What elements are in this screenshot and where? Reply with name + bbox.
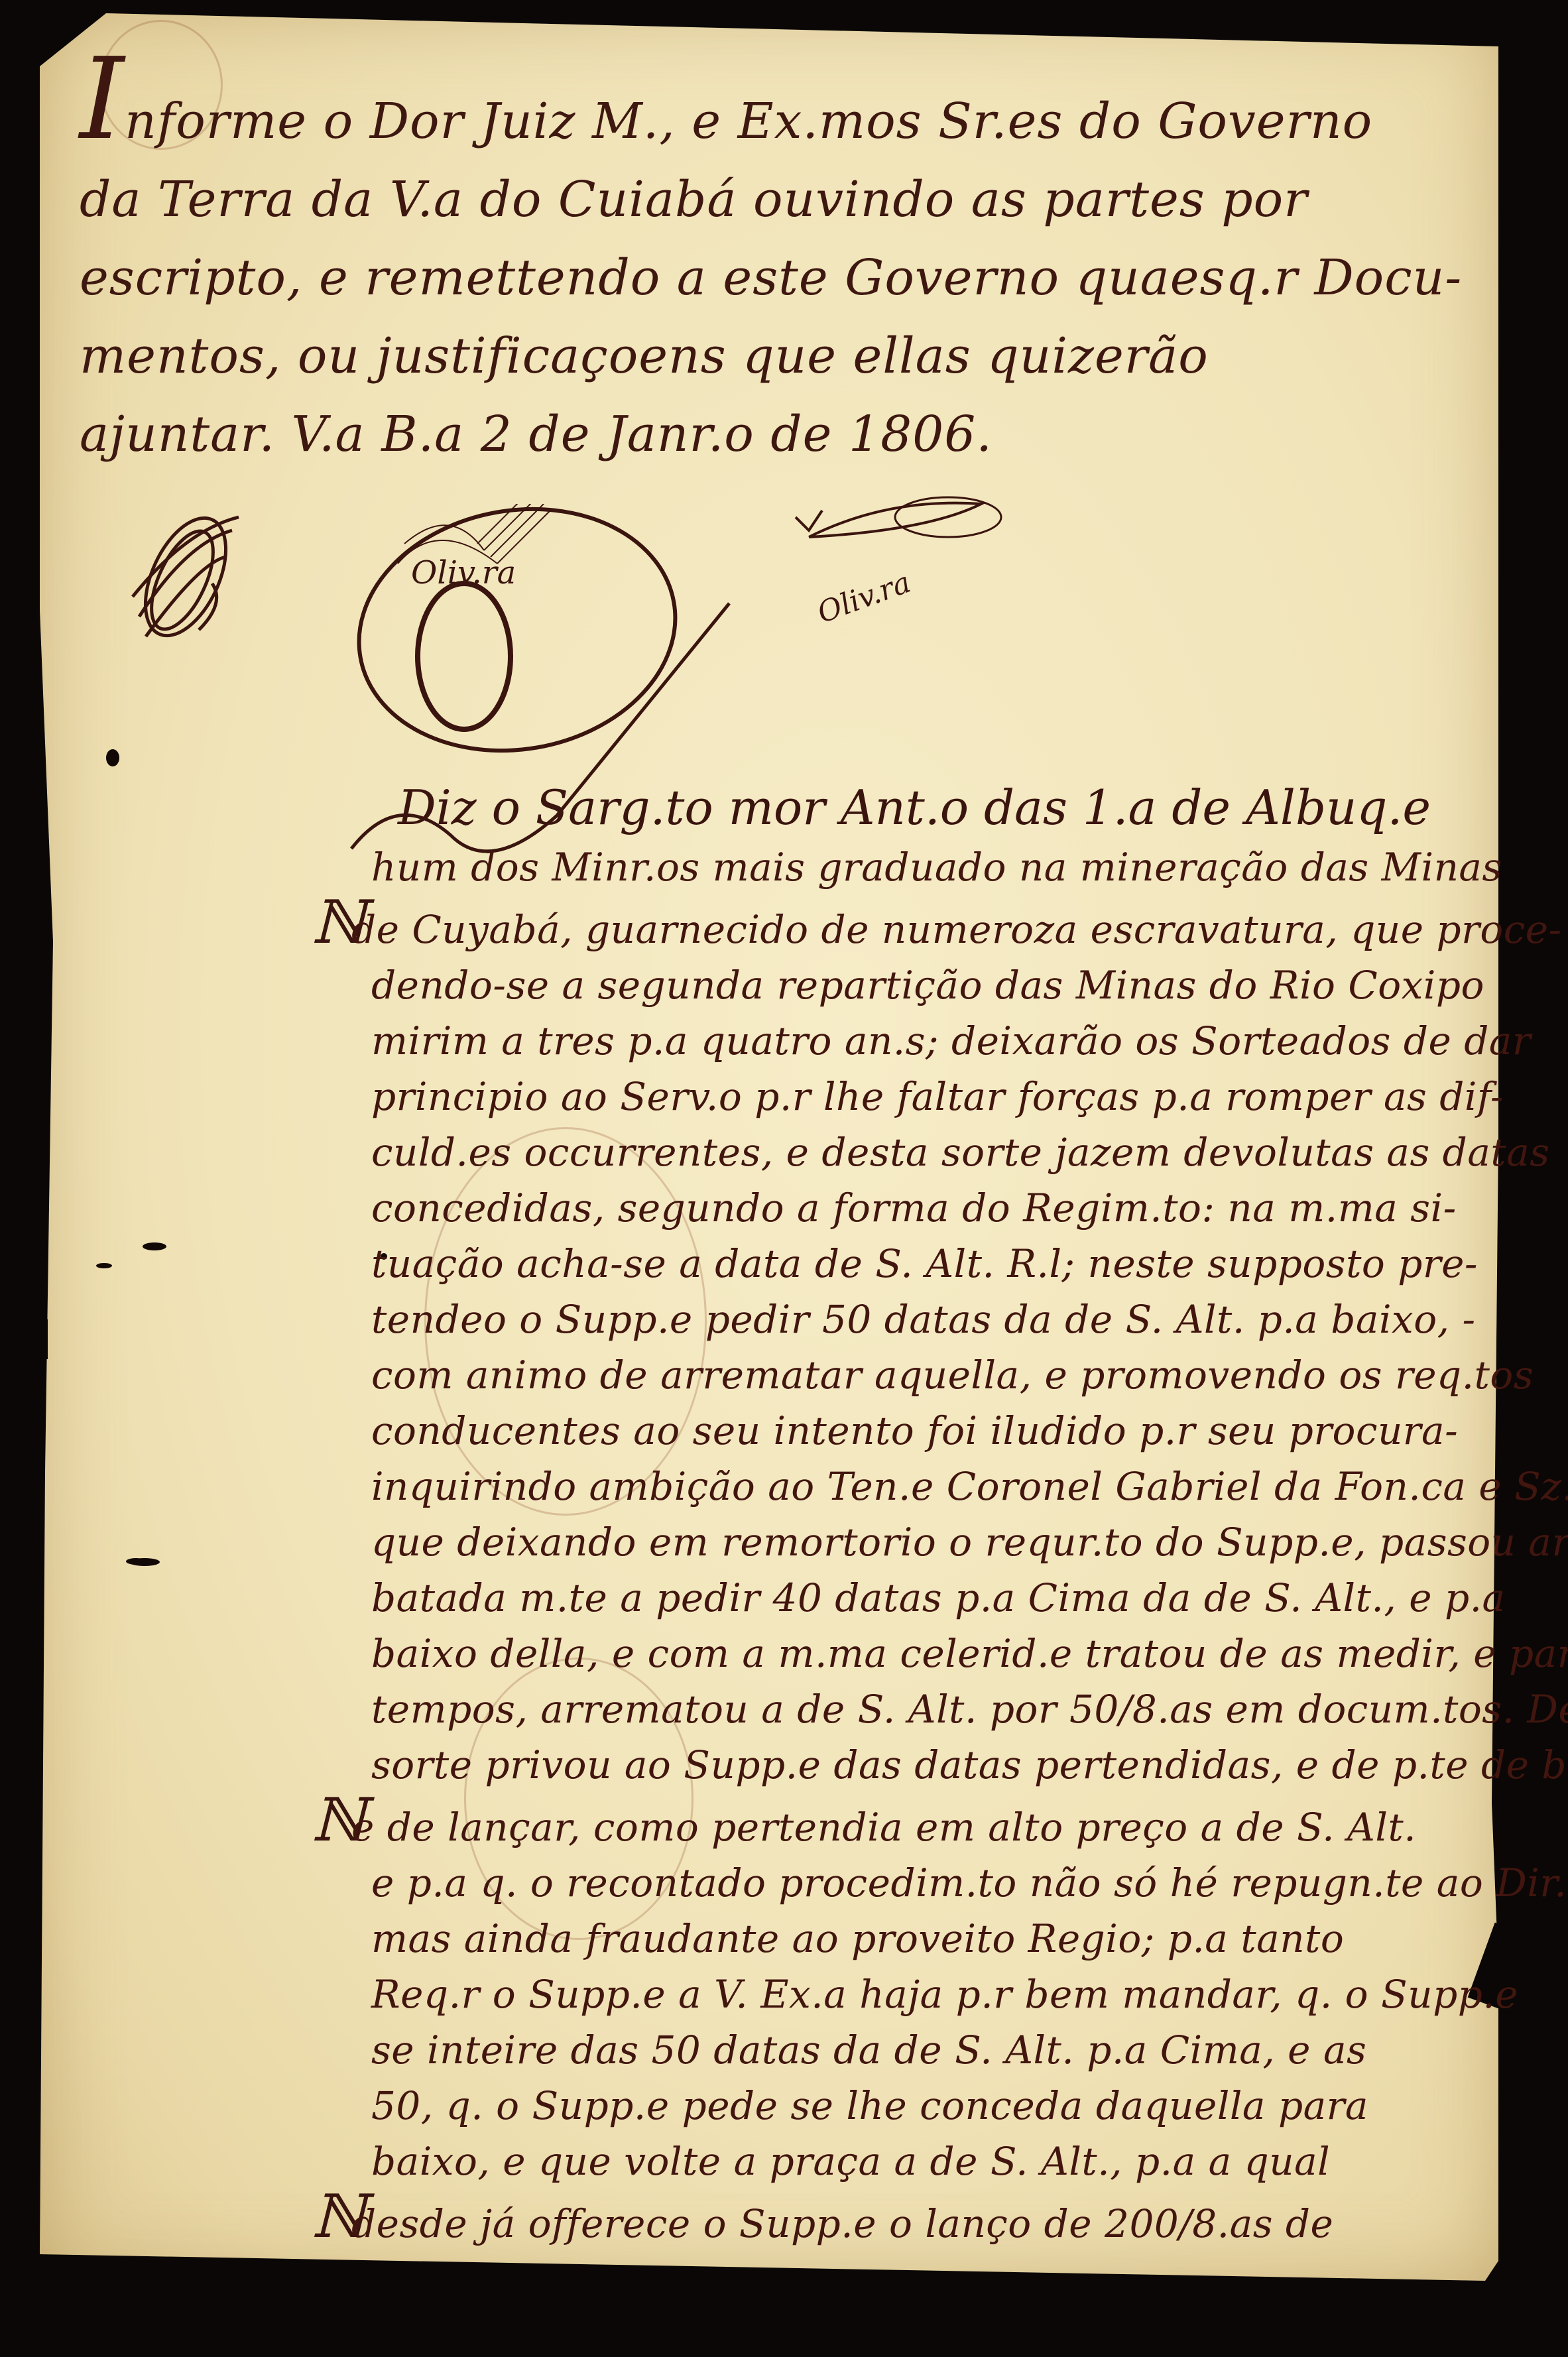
body-line: culd.es occurrentes, e desta sorte jazem…	[371, 1124, 1538, 1180]
header-line-4: mentos, ou justificaçoens que ellas quiz…	[80, 317, 1439, 395]
header-line-1: Informe o Dor Juiz M., e Ex.mos Sr.es do…	[80, 80, 1439, 160]
ink-blot	[106, 749, 119, 766]
body-line: de Cuyabá, guarnecido de numeroza escrav…	[351, 907, 1562, 952]
svg-text:Oliv.ra: Oliv.ra	[411, 554, 516, 591]
body-line: Req.r o Supp.e a V. Ex.a haja p.r bem ma…	[371, 1966, 1538, 2022]
body-line: inquirindo ambição ao Ten.e Coronel Gabr…	[371, 1459, 1538, 1514]
header-line-2: da Terra da V.a do Cuiabá ouvindo as par…	[80, 160, 1439, 239]
header-line-3: escripto, e remettendo a este Governo qu…	[80, 239, 1439, 317]
torn-edge	[0, 1319, 48, 1359]
body-line: concedidas, segundo a forma do Regim.to:…	[371, 1180, 1538, 1236]
body-line: e p.a q. o recontado procedim.to não só …	[371, 1855, 1538, 1911]
body-line: mas ainda fraudante ao proveito Regio; p…	[371, 1911, 1538, 1966]
header-line-5-date: ajuntar. V.a B.a 2 de Janr.o de 1806.	[80, 395, 1439, 473]
ink-blot	[143, 1242, 166, 1250]
body-line: dendo-se a segunda repartição das Minas …	[371, 957, 1538, 1013]
petition-opening: Diz o Sarg.to mor Ant.o das 1.a de Albuq…	[371, 776, 1538, 839]
body-line: baixo della, e com a m.ma celerid.e trat…	[371, 1626, 1538, 1681]
body-line: baixo, e que volte a praça a de S. Alt.,…	[371, 2134, 1538, 2189]
body-line: com animo de arrematar aquella, e promov…	[371, 1347, 1538, 1403]
petition-body: Diz o Sarg.to mor Ant.o das 1.a de Albuq…	[371, 776, 1538, 2252]
monogram-rubric-icon	[99, 504, 272, 650]
body-line: tempos, arrematou a de S. Alt. por 50/8.…	[371, 1681, 1538, 1737]
body-line: sorte privou ao Supp.e das datas pertend…	[371, 1737, 1538, 1793]
body-line: mirim a tres p.a quatro an.s; deixarão o…	[371, 1013, 1538, 1069]
body-line: que deixando em remortorio o requr.to do…	[371, 1514, 1538, 1570]
paragraph-mark-icon: ℕ	[312, 1793, 351, 1848]
body-line: desde já offerece o Supp.e o lanço de 20…	[351, 2201, 1333, 2246]
body-line: tendeo o Supp.e pedir 50 datas da de S. …	[371, 1292, 1538, 1347]
ink-blot	[96, 1263, 112, 1268]
body-line: principio ao Serv.o p.r lhe faltar força…	[371, 1069, 1538, 1124]
dispatch-header: Informe o Dor Juiz M., e Ex.mos Sr.es do…	[80, 80, 1439, 473]
body-line: conducentes ao seu intento foi iludido p…	[371, 1403, 1538, 1459]
svg-text:Oliv.ra: Oliv.ra	[813, 566, 915, 631]
paragraph-mark-icon: ℕ	[312, 2189, 351, 2245]
body-line: e de lançar, como pertendia em alto preç…	[351, 1805, 1416, 1850]
paragraph-mark-icon: ℕ	[312, 895, 351, 951]
signature-flourish-icon: Oliv.ra	[782, 491, 1114, 676]
body-line: tuação acha-se a data de S. Alt. R.l; ne…	[371, 1236, 1538, 1292]
body-line: hum dos Minr.os mais graduado na mineraç…	[371, 839, 1538, 895]
body-line: 50, q. o Supp.e pede se lhe conceda daqu…	[371, 2078, 1538, 2134]
body-line: se inteire das 50 datas da de S. Alt. p.…	[371, 2022, 1538, 2078]
ink-blot	[129, 1558, 160, 1566]
body-line: batada m.te a pedir 40 datas p.a Cima da…	[371, 1570, 1538, 1626]
